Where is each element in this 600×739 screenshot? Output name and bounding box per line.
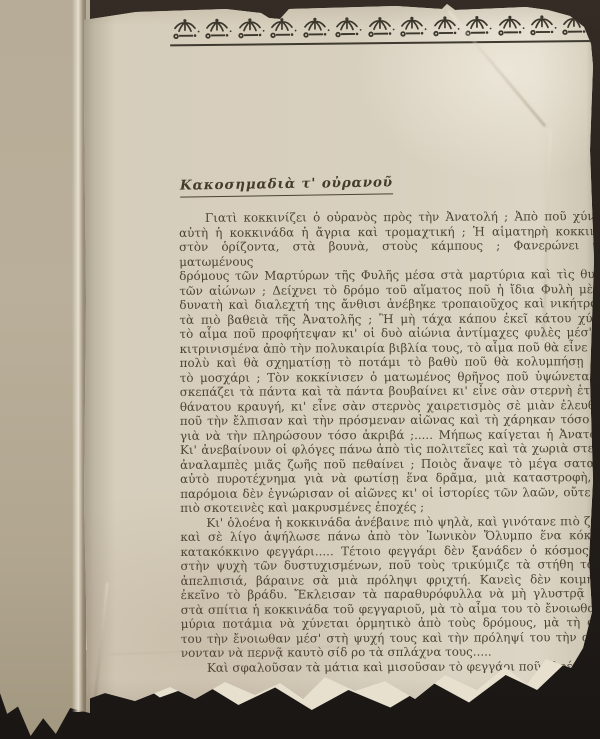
text-line: του τὴν ἔνοιωθαν μέσ' στὴ ψυχή τους καὶ … — [181, 630, 600, 646]
page-gutter-edge — [72, 0, 86, 712]
fleuron-icon — [397, 16, 427, 40]
text-line: δρόμους τῶν Μαρτύρων τῆς Φυλῆς μέσα στὰ … — [179, 267, 600, 283]
text-line: Κι' ἀνεβαίνουν οἱ φλόγες πάνω ἀπὸ τὶς πο… — [180, 441, 600, 457]
book-page: Κακοσημαδιὰ τ' οὐρανοῦ Γιατὶ κοκκινίζει … — [76, 0, 600, 739]
book-photo: { "ornament": { "name": "fleuron-band", … — [0, 0, 600, 739]
crease-mark — [94, 582, 109, 704]
body-text: Γιατὶ κοκκινίζει ὁ οὐρανὸς πρὸς τὴν Ἀνατ… — [179, 209, 600, 675]
fleuron-icon — [332, 16, 362, 40]
text-line: δυνατὴ καὶ διαλεχτή της ἄνθισι ἀνέβηκε τ… — [179, 296, 600, 312]
fleuron-icon — [365, 16, 395, 40]
fleuron-icon — [559, 14, 589, 38]
text-line: ἐκεῖνο τὸ βράδυ. Ἔκλεισαν τὰ παραθυρόφυλ… — [181, 586, 600, 602]
fleuron-icon — [267, 17, 297, 41]
text-line: ποῦ τὴν ἔλπισαν καὶ τὴν πρόσμεναν αἰῶνας… — [180, 412, 600, 428]
fleuron-icon — [202, 18, 232, 42]
fleuron-icon — [300, 17, 330, 41]
ornament-band — [170, 14, 600, 47]
text-line: σκεπάζει τὰ πάντα καὶ τὰ πάντα βουβαίνει… — [180, 383, 600, 399]
text-line: καὶ σὲ λίγο ἀψήλωσε πάνω ἀπὸ τὸν Ἰωνικὸν… — [180, 528, 600, 544]
fleuron-icon — [494, 15, 524, 39]
text-line: μύρια ποτάμια νὰ χύνεται ὁρμητικὸ ἀπὸ το… — [181, 615, 600, 631]
text-line: στὸν ὁρίζοντα, στὰ βουνὰ, στοὺς κάμπους … — [179, 238, 600, 269]
chapter-title: Κακοσημαδιὰ τ' οὐρανοῦ — [180, 174, 393, 197]
text-line: αὐτὸ πυροτέχνημα γιὰ νὰ φωτίσῃ ἕνα δρᾶμα… — [180, 470, 600, 486]
text-line: τὸ αἷμα ποῦ προφήτεψαν κι' οἱ δυὸ αἰώνια… — [179, 325, 600, 341]
text-line: στὴν ψυχὴ τῶν δυστυχισμένων, ποῦ τοὺς τρ… — [181, 557, 600, 573]
text-line: Γιατὶ κοκκινίζει ὁ οὐρανὸς πρὸς τὴν Ἀνατ… — [179, 209, 600, 225]
text-line: παρόμοια δὲν ἐγνώρισαν οἱ αἰῶνες κι' οἱ … — [180, 485, 600, 501]
fleuron-icon — [462, 15, 492, 39]
fleuron-icon — [235, 17, 265, 41]
fleuron-icon — [527, 14, 557, 38]
text-line: πολὺ καὶ θὰ σχηματίσῃ τὸ ποτάμι τὸ βαθὺ … — [180, 354, 600, 370]
fleuron-icon — [170, 18, 200, 42]
fleuron-icon — [592, 14, 600, 38]
fleuron-icon — [429, 15, 459, 39]
